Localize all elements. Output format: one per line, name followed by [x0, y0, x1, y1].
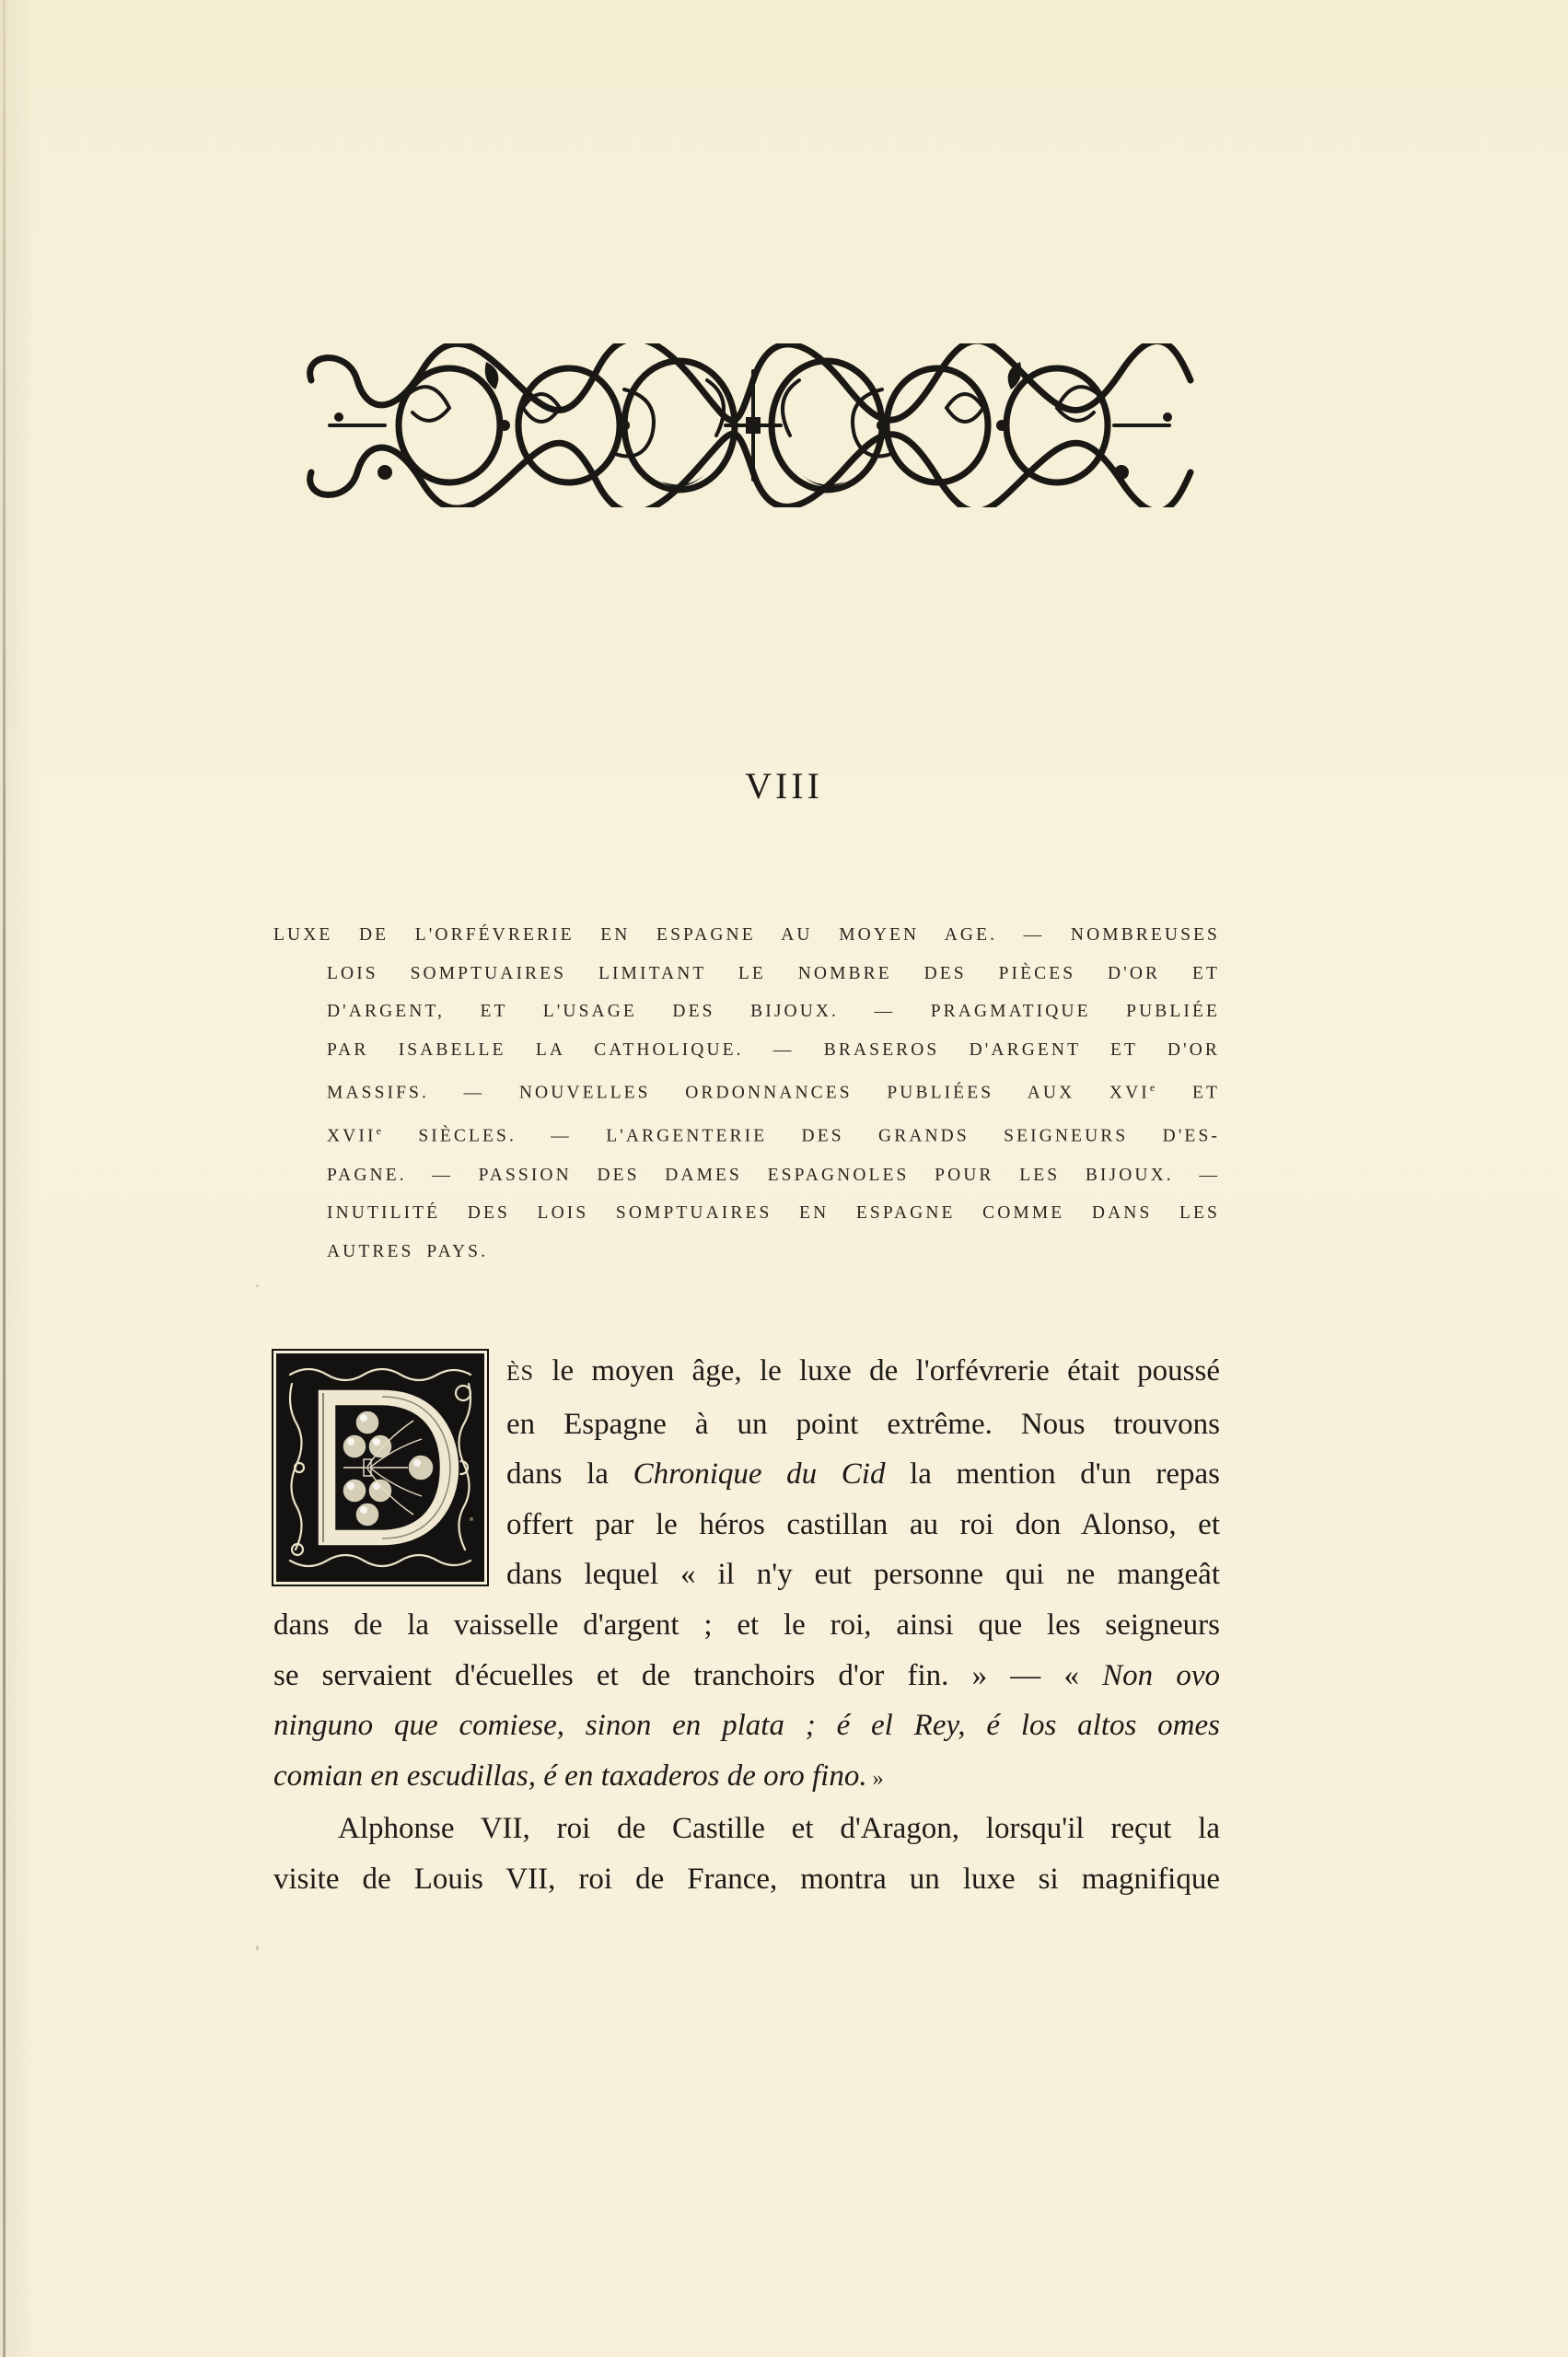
summary-line: pagne. — Passion des dames espagnoles po… — [273, 1156, 1220, 1195]
summary-line: autres pays. — [273, 1233, 1220, 1271]
ornamental-headpiece-icon — [293, 343, 1206, 507]
chapter-summary: Luxe de l'orfévrerie en Espagne au moyen… — [273, 916, 1220, 1271]
summary-line: XVIIe siècles. — L'argenterie des grands… — [273, 1112, 1220, 1155]
chapter-number: VIII — [0, 764, 1568, 807]
body-line: dans la Chronique du Cid la mention d'un… — [273, 1449, 1220, 1500]
paper-speck — [256, 1284, 259, 1287]
summary-line: d'argent, et l'usage des bijoux. — Pragm… — [273, 993, 1220, 1031]
spanish-quote: comian en escudillas, é en taxaderos de … — [273, 1759, 867, 1793]
summary-line: massifs. — Nouvelles ordonnances publiée… — [273, 1069, 1220, 1112]
spanish-quote: Non ovo — [1102, 1659, 1220, 1692]
body-line: ès le moyen âge, le luxe de l'orfévrerie… — [273, 1346, 1220, 1399]
summary-line: par Isabelle la Catholique. — Braseros d… — [273, 1031, 1220, 1070]
summary-line: Luxe de l'orfévrerie en Espagne au moyen… — [273, 916, 1220, 955]
body-line: offert par le héros castillan au roi don… — [273, 1500, 1220, 1550]
body-line: en Espagne à un point extrême. Nous trou… — [273, 1399, 1220, 1450]
body-line: ninguno que comiese, sinon en plata ; é … — [273, 1701, 1220, 1751]
body-line: dans lequel « il n'y eut personne qui ne… — [273, 1550, 1220, 1600]
paper-speck — [470, 1517, 473, 1521]
summary-line: lois somptuaires limitant le nombre des … — [273, 955, 1220, 993]
body-line: dans de la vaisselle d'argent ; et le ro… — [273, 1600, 1220, 1651]
paper-speck — [256, 1945, 259, 1951]
summary-line: inutilité des lois somptuaires en Espagn… — [273, 1194, 1220, 1233]
spanish-quote: ninguno que comiese, sinon en plata ; é … — [273, 1709, 1220, 1742]
body-line: Alphonse VII, roi de Castille et d'Arago… — [273, 1804, 1220, 1854]
body-text: ès le moyen âge, le luxe de l'orfévrerie… — [273, 1346, 1220, 1905]
body-line: visite de Louis VII, roi de France, mont… — [273, 1854, 1220, 1905]
binding-edge — [3, 0, 6, 2357]
body-line: se servaient d'écuelles et de tranchoirs… — [273, 1651, 1220, 1701]
book-title: Chronique du Cid — [633, 1457, 886, 1491]
body-line: comian en escudillas, é en taxaderos de … — [273, 1751, 1220, 1805]
